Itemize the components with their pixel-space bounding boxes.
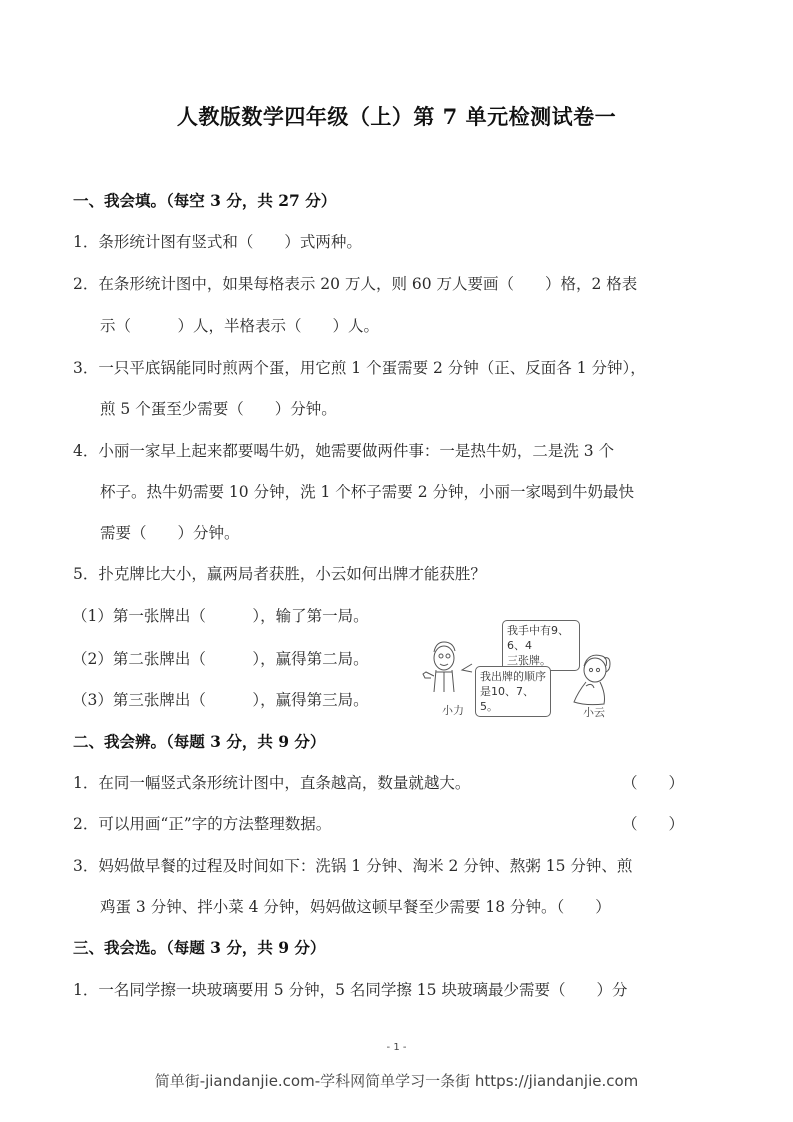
xiaoli-bubble-line1: 我出牌的顺序 [480, 669, 546, 684]
s1-question-3-line2: 煎 5 个蛋至少需要（ ）分钟。 [100, 399, 337, 419]
section1-heading: 一、我会填。（每空 3 分，共 27 分） [73, 191, 336, 211]
xiaoyun-bubble-line1: 我手中有9、6、4 [507, 623, 575, 653]
s1-question-2-line1: 2．在条形统计图中，如果每格表示 20 万人，则 60 万人要画（ ）格，2 格… [73, 274, 637, 294]
section3-heading: 三、我会选。（每题 3 分，共 9 分） [73, 938, 325, 958]
document-title: 人教版数学四年级（上）第 7 单元检测试卷一 [0, 101, 793, 131]
xiaoyun-speech-bubble: 我手中有9、6、4 三张牌。 [502, 620, 580, 671]
xiaoli-bubble-line2: 是10、7、5。 [480, 684, 546, 714]
caption-xiaoyun: 小云 [583, 704, 605, 720]
s1-question-5-sub1: （1）第一张牌出（ ），输了第一局。 [72, 606, 369, 626]
s2-question-3-line1: 3．妈妈做早餐的过程及时间如下：洗锅 1 分钟、淘米 2 分钟、熬粥 15 分钟… [73, 856, 632, 876]
page-number: - 1 - [0, 1042, 793, 1053]
s2-question-2-answer-blank[interactable]: （ ） [622, 814, 684, 834]
s1-question-4-line2: 杯子。热牛奶需要 10 分钟，洗 1 个杯子需要 2 分钟，小丽一家喝到牛奶最快 [100, 482, 634, 502]
s3-question-1: 1．一名同学擦一块玻璃要用 5 分钟，5 名同学擦 15 块玻璃最少需要（ ）分 [73, 980, 627, 1000]
s1-question-5-sub3: （3）第三张牌出（ ），赢得第三局。 [72, 690, 369, 710]
s1-question-3-line1: 3．一只平底锅能同时煎两个蛋，用它煎 1 个蛋需要 2 分钟（正、反面各 1 分… [73, 358, 646, 378]
s1-question-5-sub2: （2）第二张牌出（ ），赢得第二局。 [72, 649, 369, 669]
caption-xiaoli: 小力 [442, 702, 464, 718]
s2-question-3-line2: 鸡蛋 3 分钟、拌小菜 4 分钟，妈妈做这顿早餐至少需要 18 分钟。（ ） [100, 897, 611, 917]
s2-question-1-answer-blank[interactable]: （ ） [622, 773, 684, 793]
s1-question-1: 1．条形统计图有竖式和（ ）式两种。 [73, 232, 362, 252]
s2-question-2: 2．可以用画“正”字的方法整理数据。 [73, 814, 331, 834]
s1-question-4-line1: 4．小丽一家早上起来都要喝牛奶，她需要做两件事：一是热牛奶，二是洗 3 个 [73, 441, 614, 461]
footer-watermark: 简单街-jiandanjie.com-学科网简单学习一条街 https://ji… [0, 1070, 793, 1091]
xiaoli-speech-bubble: 我出牌的顺序 是10、7、5。 [475, 666, 551, 717]
s1-question-2-line2: 示（ ）人，半格表示（ ）人。 [100, 316, 379, 336]
section2-heading: 二、我会辨。（每题 3 分，共 9 分） [73, 732, 325, 752]
s1-question-5: 5．扑克牌比大小，赢两局者获胜，小云如何出牌才能获胜？ [73, 564, 486, 584]
s2-question-1: 1．在同一幅竖式条形统计图中，直条越高，数量就越大。 [73, 773, 470, 793]
s1-question-4-line3: 需要（ ）分钟。 [100, 523, 240, 543]
card-game-illustration: 我手中有9、6、4 三张牌。 我出牌的顺序 是10、7、5。 小力 小云 [420, 612, 620, 720]
